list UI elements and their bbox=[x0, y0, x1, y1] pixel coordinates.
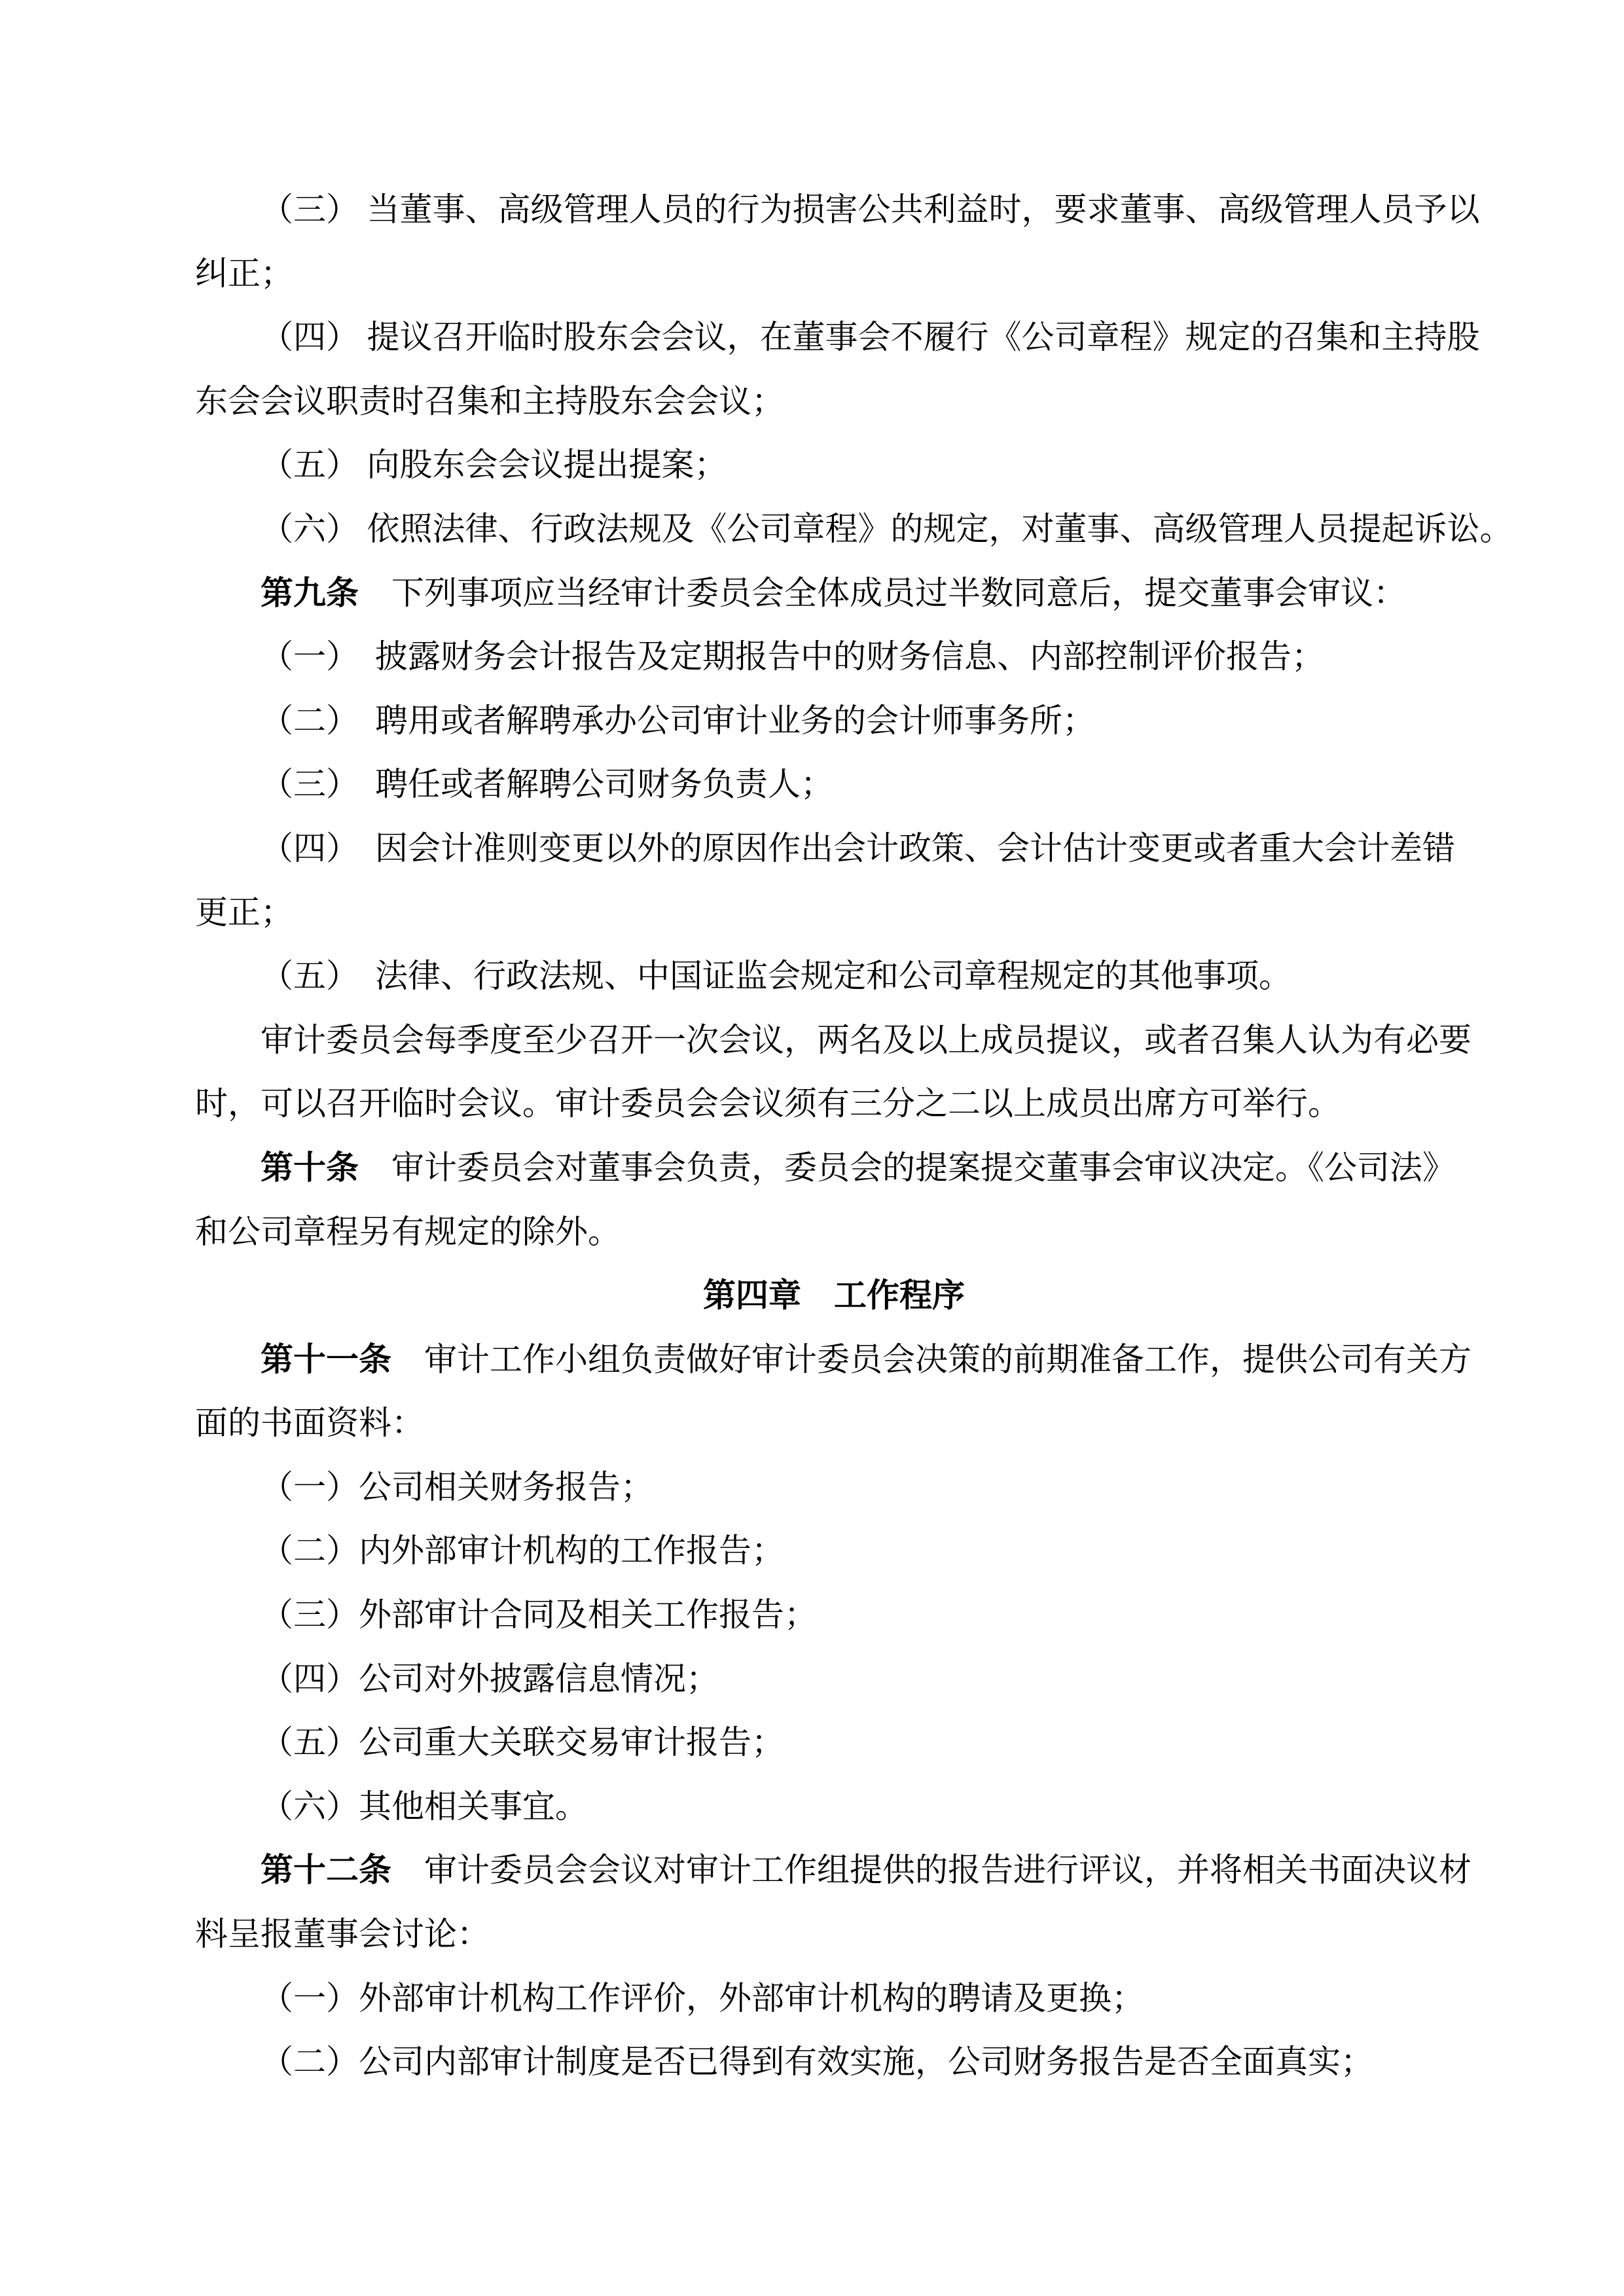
text-line: （四） 因会计准则变更以外的原因作出会计政策、会计估计变更或者重大会计差错 bbox=[195, 817, 1473, 881]
chapter-heading: 第四章 工作程序 bbox=[195, 1264, 1473, 1328]
text-line: 第十二条 审计委员会会议对审计工作组提供的报告进行评议，并将相关书面决议材 bbox=[195, 1839, 1473, 1903]
article-text: 下列事项应当经审计委员会全体成员过半数同意后，提交董事会审议： bbox=[359, 575, 1406, 611]
text-line: 面的书面资料： bbox=[195, 1391, 1473, 1456]
text-line: （三）外部审计合同及相关工作报告； bbox=[195, 1583, 1473, 1647]
text-line: 纠正； bbox=[195, 242, 1473, 306]
text-line: （二）公司内部审计制度是否已得到有效实施，公司财务报告是否全面真实； bbox=[195, 2030, 1473, 2094]
text-line: （一）公司相关财务报告； bbox=[195, 1456, 1473, 1520]
text-line: 时，可以召开临时会议。审计委员会会议须有三分之二以上成员出席方可举行。 bbox=[195, 1072, 1473, 1136]
text-line: 第十一条 审计工作小组负责做好审计委员会决策的前期准备工作，提供公司有关方 bbox=[195, 1328, 1473, 1392]
text-line: （四）公司对外披露信息情况； bbox=[195, 1647, 1473, 1712]
text-line: （六） 依照法律、行政法规及《公司章程》的规定，对董事、高级管理人员提起诉讼。 bbox=[195, 497, 1473, 562]
text-line: 第九条 下列事项应当经审计委员会全体成员过半数同意后，提交董事会审议： bbox=[195, 562, 1473, 626]
document-page: （三） 当董事、高级管理人员的行为损害公共利益时，要求董事、高级管理人员予以纠正… bbox=[0, 0, 1624, 2296]
document-text-body: （三） 当董事、高级管理人员的行为损害公共利益时，要求董事、高级管理人员予以纠正… bbox=[195, 178, 1473, 2094]
text-line: （二）内外部审计机构的工作报告； bbox=[195, 1519, 1473, 1583]
article-text: 审计工作小组负责做好审计委员会决策的前期准备工作，提供公司有关方 bbox=[391, 1341, 1471, 1378]
text-line: 东会会议职责时召集和主持股东会会议； bbox=[195, 370, 1473, 434]
text-line: 第十条 审计委员会对董事会负责，委员会的提案提交董事会审议决定。《公司法》 bbox=[195, 1136, 1473, 1200]
text-line: （五） 向股东会会议提出提案； bbox=[195, 433, 1473, 497]
article-number: 第十一条 bbox=[261, 1341, 391, 1378]
article-number: 第九条 bbox=[261, 575, 359, 611]
article-text: 审计委员会会议对审计工作组提供的报告进行评议，并将相关书面决议材 bbox=[391, 1852, 1471, 1888]
text-line: （五）公司重大关联交易审计报告； bbox=[195, 1711, 1473, 1775]
text-line: （二） 聘用或者解聘承办公司审计业务的会计师事务所； bbox=[195, 689, 1473, 753]
text-line: （五） 法律、行政法规、中国证监会规定和公司章程规定的其他事项。 bbox=[195, 944, 1473, 1009]
text-line: 更正； bbox=[195, 881, 1473, 945]
text-line: （三） 聘任或者解聘公司财务负责人； bbox=[195, 753, 1473, 817]
article-number: 第十条 bbox=[261, 1149, 359, 1186]
article-text: 审计委员会对董事会负责，委员会的提案提交董事会审议决定。《公司法》 bbox=[359, 1149, 1455, 1186]
text-line: （一） 披露财务会计报告及定期报告中的财务信息、内部控制评价报告； bbox=[195, 625, 1473, 689]
text-line: （三） 当董事、高级管理人员的行为损害公共利益时，要求董事、高级管理人员予以 bbox=[195, 178, 1473, 242]
text-line: 审计委员会每季度至少召开一次会议，两名及以上成员提议，或者召集人认为有必要 bbox=[195, 1009, 1473, 1073]
text-line: （一）外部审计机构工作评价，外部审计机构的聘请及更换； bbox=[195, 1967, 1473, 2031]
text-line: 料呈报董事会讨论： bbox=[195, 1903, 1473, 1967]
text-line: （四） 提议召开临时股东会会议，在董事会不履行《公司章程》规定的召集和主持股 bbox=[195, 306, 1473, 370]
article-number: 第十二条 bbox=[261, 1852, 391, 1888]
text-line: （六）其他相关事宜。 bbox=[195, 1775, 1473, 1839]
text-line: 和公司章程另有规定的除外。 bbox=[195, 1200, 1473, 1265]
